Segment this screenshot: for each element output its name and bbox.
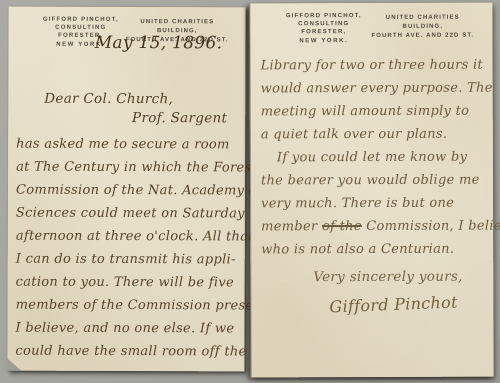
handwritten-line: I can do is to transmit his appli-	[16, 248, 241, 272]
handwritten-line: a quiet talk over our plans.	[261, 123, 489, 147]
handwritten-line: at The Century in which the Forest	[16, 156, 241, 180]
handwritten-line: Commission of the Nat. Academy of	[16, 179, 241, 203]
handwritten-line: members of the Commission present,	[16, 294, 241, 318]
letterhead-city: NEW YORK.	[278, 37, 369, 45]
handwritten-line-with-strikeout: member of the Commission, I believe,	[261, 215, 489, 239]
handwritten-line: has asked me to secure a room	[16, 133, 241, 157]
handwritten-line: If you could let me know by	[261, 146, 489, 170]
strike-before: member	[261, 219, 322, 234]
handwritten-line: cation to you. There will be five	[16, 271, 241, 295]
handwritten-line: I believe, and no one else. If we	[15, 317, 240, 341]
letterhead: GIFFORD PINCHOT, CONSULTING FORESTER, NE…	[250, 12, 492, 46]
letterhead-street: FOURTH AVE. AND 22D ST.	[369, 32, 476, 41]
letterhead-name: GIFFORD PINCHOT,	[37, 16, 125, 24]
letter-body-page-1: has asked me to secure a room at The Cen…	[15, 133, 241, 364]
handwritten-line: could have the small room off the	[15, 340, 240, 364]
letter-page-1: GIFFORD PINCHOT, CONSULTING FORESTER, NE…	[7, 7, 245, 372]
handwritten-line: afternoon at three o'clock. All that	[16, 225, 241, 249]
letterhead-title: CONSULTING FORESTER,	[278, 20, 369, 36]
letterhead-building: UNITED CHARITIES BUILDING,	[369, 14, 476, 32]
handwritten-line: the bearer you would oblige me	[261, 169, 489, 193]
letterhead-name: GIFFORD PINCHOT,	[278, 12, 369, 20]
letterhead-address-block: UNITED CHARITIES BUILDING, FOURTH AVE. A…	[369, 12, 476, 45]
handwritten-line: would answer every purpose. The	[261, 77, 489, 101]
signature: Gifford Pinchot	[329, 292, 458, 316]
date-line: May 15, 1896.	[83, 33, 233, 54]
photograph-background: GIFFORD PINCHOT, CONSULTING FORESTER, NE…	[0, 0, 500, 383]
handwritten-line: Sciences could meet on Saturday	[16, 202, 241, 226]
strike-after: Commission, I believe,	[362, 218, 500, 234]
salutation: Dear Col. Church,	[44, 91, 173, 107]
closing-line: Very sincerely yours,	[313, 269, 463, 286]
handwritten-line: meeting will amount simply to	[261, 100, 489, 124]
handwritten-line: Library for two or three hours it	[261, 54, 489, 78]
letter-body-page-2: Library for two or three hours it would …	[261, 54, 490, 262]
handwritten-line: Prof. Sargent	[132, 110, 227, 126]
handwritten-line: very much. There is but one	[261, 192, 489, 216]
letter-page-2: GIFFORD PINCHOT, CONSULTING FORESTER, NE…	[249, 3, 493, 378]
handwritten-line: who is not also a Centurian.	[261, 238, 489, 262]
letterhead-name-block: GIFFORD PINCHOT, CONSULTING FORESTER, NE…	[278, 12, 369, 45]
struck-out-words: of the	[322, 219, 362, 234]
